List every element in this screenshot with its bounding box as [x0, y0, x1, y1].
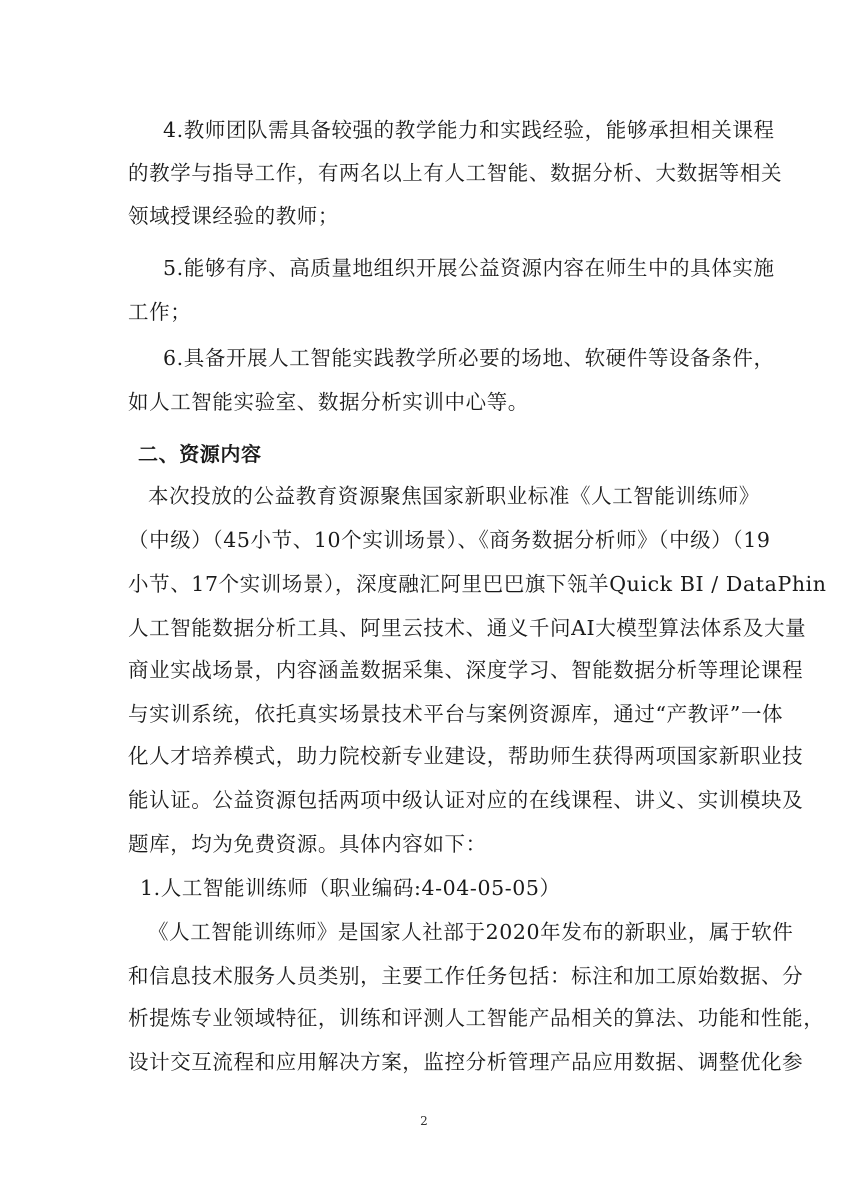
subheading-ai-trainer: 1.人工智能训练师（职业编码:4-04-05-05） — [140, 875, 768, 901]
item4-line-3: 领域授课经验的教师； — [128, 203, 756, 229]
item6-line-2: 如人工智能实验室、数据分析实训中心等。 — [128, 389, 756, 415]
trainer-line-3: 析提炼专业领域特征，训练和评测人工智能产品相关的算法、功能和性能， — [128, 1005, 756, 1031]
intro-line-3: 小节、17个实训场景），深度融汇阿里巴巴旗下瓴羊Quick BI / DataP… — [128, 571, 756, 597]
intro-line-9: 题库，均为免费资源。具体内容如下： — [128, 831, 756, 857]
document-page: 4.教师团队需具备较强的教学能力和实践经验，能够承担相关课程 的教学与指导工作，… — [0, 0, 848, 1200]
intro-line-6: 与实训系统，依托真实场景技术平台与案例资源库，通过“产教评”一体 — [128, 701, 756, 727]
intro-line-8: 能认证。公益资源包括两项中级认证对应的在线课程、讲义、实训模块及 — [128, 787, 756, 813]
page-number: 2 — [0, 1114, 848, 1128]
item5-line-2: 工作； — [128, 299, 756, 325]
trainer-line-4: 设计交互流程和应用解决方案，监控分析管理产品应用数据、调整优化参 — [128, 1049, 756, 1075]
item5-line-1: 5.能够有序、高质量地组织开展公益资源内容在师生中的具体实施 — [163, 255, 756, 281]
trainer-line-1: 《人工智能训练师》是国家人社部于2020年发布的新职业，属于软件 — [148, 919, 756, 945]
intro-line-4: 人工智能数据分析工具、阿里云技术、通义千问AI大模型算法体系及大量 — [128, 615, 756, 641]
item4-line-2: 的教学与指导工作，有两名以上有人工智能、数据分析、大数据等相关 — [128, 160, 756, 186]
intro-line-2: （中级）（45小节、10个实训场景）、《商务数据分析师》（中级）（19 — [128, 527, 756, 553]
intro-line-7: 化人才培养模式，助力院校新专业建设，帮助师生获得两项国家新职业技 — [128, 743, 756, 769]
item4-line-1: 4.教师团队需具备较强的教学能力和实践经验，能够承担相关课程 — [163, 117, 756, 143]
trainer-line-2: 和信息技术服务人员类别，主要工作任务包括：标注和加工原始数据、分 — [128, 963, 756, 989]
item6-line-1: 6.具备开展人工智能实践教学所必要的场地、软硬件等设备条件， — [163, 345, 756, 371]
section-heading: 二、资源内容 — [138, 441, 766, 467]
intro-line-5: 商业实战场景，内容涵盖数据采集、深度学习、智能数据分析等理论课程 — [128, 657, 756, 683]
intro-line-1: 本次投放的公益教育资源聚焦国家新职业标准《人工智能训练师》 — [148, 483, 756, 509]
